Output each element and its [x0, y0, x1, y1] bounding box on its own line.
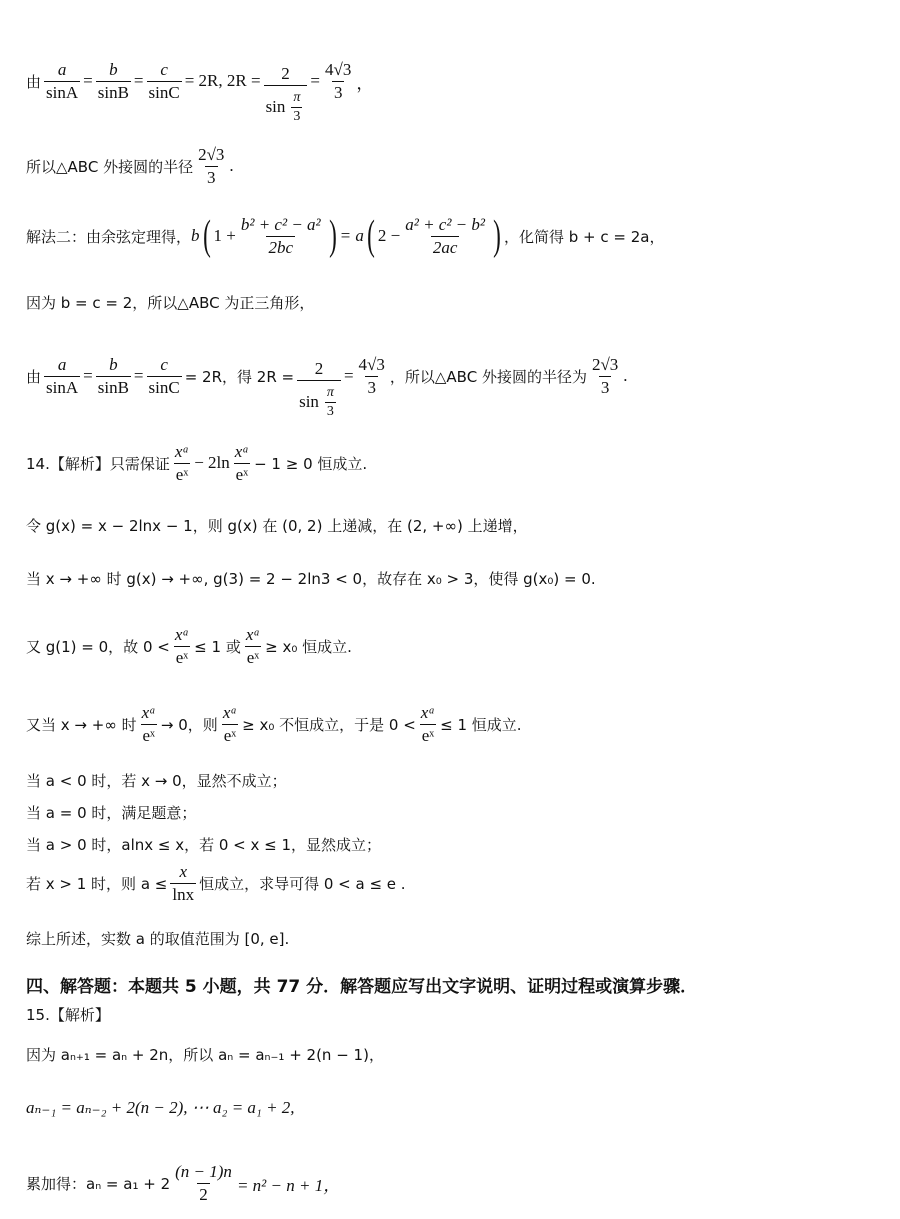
section-heading: 四、解答题：本题共 5 小题，共 77 分．解答题应写出文字说明、证明过程或演算… [26, 972, 697, 997]
var-b: b [191, 226, 200, 246]
denominator: eˣ [174, 646, 190, 668]
fraction-cos-b: a² + c² − b²2ac [403, 215, 487, 257]
fraction-pi-3: π3 [325, 385, 336, 420]
fraction-a-sinA: asinA [44, 355, 80, 397]
denominator: 3 [291, 107, 302, 125]
numerator: x [177, 862, 189, 883]
text: 当 a < 0 时，若 x → 0，显然不成立； [26, 770, 287, 791]
g1-line: 又 g(1) = 0，故 0 < xᵃeˣ ≤ 1 或 xᵃeˣ ≥ x₀ 恒成… [26, 625, 352, 667]
numerator: b [107, 355, 120, 376]
denominator: sinA [44, 81, 80, 103]
sin-text: sin [299, 392, 319, 412]
text: → 0，则 [161, 714, 218, 735]
text: ≤ 1 或 [194, 636, 241, 657]
text: 所以△ABC 外接圆的半径 [26, 156, 193, 177]
text: 综上所述，实数 a 的取值范围为 [0, e]. [26, 928, 289, 949]
fraction-sum: (n − 1)n2 [173, 1162, 234, 1204]
fraction-xa-ex: xᵃeˣ [244, 625, 262, 667]
text: 若 x > 1 时，则 a ≤ [26, 873, 167, 894]
numerator: xᵃ [173, 625, 191, 646]
denominator: eˣ [234, 463, 250, 485]
numerator: π [291, 90, 302, 107]
denominator: sin π3 [297, 380, 341, 420]
numerator: b [107, 60, 120, 81]
fraction-c-sinC: csinC [147, 60, 182, 102]
text: ，所以△ABC 外接圆的半径为 [390, 366, 587, 387]
fraction-radius: 2√33 [590, 355, 620, 397]
text: = 2R，得 2R = [185, 366, 294, 387]
numerator: a² + c² − b² [403, 215, 487, 236]
numerator: b² + c² − a² [239, 215, 323, 236]
fraction-xa-ex: xᵃeˣ [233, 442, 251, 484]
punctuation: . [623, 366, 627, 386]
text: 当 a = 0 时，满足题意； [26, 802, 196, 823]
numerator: c [158, 60, 170, 81]
numerator: a [56, 355, 69, 376]
denominator: lnx [170, 883, 196, 905]
denominator: sinB [96, 376, 131, 398]
heading-text: 四、解答题：本题共 5 小题，共 77 分．解答题应写出文字说明、证明过程或演算… [26, 972, 697, 997]
fraction-xa-ex: xᵃeˣ [173, 625, 191, 667]
numerator: a [56, 60, 69, 81]
denominator: 3 [332, 81, 345, 103]
fraction-result: 4√33 [357, 355, 387, 397]
numerator: xᵃ [233, 442, 251, 463]
fraction-b-sinB: bsinB [96, 60, 131, 102]
denominator: 2 [197, 1183, 210, 1205]
fraction-cos-a: b² + c² − a²2bc [239, 215, 323, 257]
numerator: 4√3 [323, 60, 353, 81]
text: 当 a > 0 时，alnx ≤ x，若 0 < x ≤ 1，显然成立； [26, 834, 381, 855]
denominator: sinA [44, 376, 80, 398]
punctuation: ， [356, 69, 373, 94]
text: 令 g(x) = x − 2lnx − 1，则 g(x) 在 (0, 2) 上递… [26, 515, 528, 536]
equilateral-line: 因为 b = c = 2，所以△ABC 为正三角形， [26, 292, 314, 313]
fraction-c-sinC: csinC [147, 355, 182, 397]
limit-g-line: 当 x → +∞ 时 g(x) → +∞, g(3) = 2 − 2ln3 < … [26, 568, 596, 589]
radius-conclusion-line: 所以△ABC 外接圆的半径 2√33 . [26, 145, 234, 187]
fraction-xa-ex: xᵃeˣ [140, 703, 158, 745]
sum-result-line: 累加得：aₙ = a₁ + 2 (n − 1)n2 = n² − n + 1， [26, 1162, 340, 1204]
paren-close: ) [329, 215, 337, 257]
fraction-xa-ex: xᵃeˣ [419, 703, 437, 745]
text: = n² − n + 1， [237, 1171, 340, 1196]
denominator: eˣ [222, 724, 238, 746]
numerator: π [325, 385, 336, 402]
limit-fraction-line: 又当 x → +∞ 时 xᵃeˣ → 0，则 xᵃeˣ ≥ x₀ 不恒成立，于是… [26, 703, 522, 745]
fraction-b-sinB: bsinB [96, 355, 131, 397]
denominator: eˣ [245, 646, 261, 668]
define-g-line: 令 g(x) = x − 2lnx − 1，则 g(x) 在 (0, 2) 上递… [26, 515, 528, 536]
law-of-sines-line-1: 由 asinA= bsinB= csinC = 2R, 2R = 2 sin π… [26, 38, 373, 125]
fraction-result: 4√33 [323, 60, 353, 102]
paren-open: ( [367, 215, 375, 257]
sin-text: sin [266, 97, 286, 117]
denominator: 3 [599, 376, 612, 398]
denominator: 3 [325, 402, 336, 420]
numerator: c [158, 355, 170, 376]
denominator: eˣ [174, 463, 190, 485]
text: − 2ln [194, 453, 230, 473]
equation-text: = 2R, 2R = [185, 71, 261, 91]
method-two-line: 解法二：由余弦定理得， b ( 1 + b² + c² − a²2bc ) = … [26, 215, 664, 257]
paren-open: ( [203, 215, 211, 257]
summary-line: 综上所述，实数 a 的取值范围为 [0, e]. [26, 928, 289, 949]
fraction-xa-ex: xᵃeˣ [173, 442, 191, 484]
fraction-xa-ex: xᵃeˣ [221, 703, 239, 745]
case-x-greater-1: 若 x > 1 时，则 a ≤ xlnx 恒成立，求导可得 0 < a ≤ e … [26, 862, 406, 904]
numerator: 4√3 [357, 355, 387, 376]
denominator: sin π3 [264, 85, 308, 125]
recurrence-chain-line: aₙ₋₁ = aₙ₋₂ + 2(n − 2), ⋯ a₂ = a₁ + 2, [26, 1098, 295, 1118]
denominator: 2ac [431, 236, 460, 258]
numerator: xᵃ [221, 703, 239, 724]
case-a-zero: 当 a = 0 时，满足题意； [26, 802, 196, 823]
text: 15.【解析】 [26, 1004, 110, 1025]
denominator: eˣ [141, 724, 157, 746]
text: 又当 x → +∞ 时 [26, 714, 137, 735]
text: 解法二：由余弦定理得， [26, 226, 191, 247]
numerator: 2 [279, 64, 292, 85]
denominator: 2bc [266, 236, 295, 258]
denominator: sinB [96, 81, 131, 103]
fraction-2-sin-pi-3: 2 sin π3 [264, 64, 308, 125]
punctuation: . [229, 156, 233, 176]
recurrence-line: 因为 aₙ₊₁ = aₙ + 2n，所以 aₙ = aₙ₋₁ + 2(n − 1… [26, 1044, 384, 1065]
numerator: xᵃ [244, 625, 262, 646]
denominator: sinC [147, 81, 182, 103]
text: 由 [26, 366, 41, 387]
fraction-2-sin-pi-3: 2 sin π3 [297, 359, 341, 420]
numerator: 2 [313, 359, 326, 380]
text: ≥ x₀ 不恒成立，于是 0 < [242, 714, 416, 735]
case-a-negative: 当 a < 0 时，若 x → 0，显然不成立； [26, 770, 287, 791]
numerator: 2√3 [590, 355, 620, 376]
case-a-positive: 当 a > 0 时，alnx ≤ x，若 0 < x ≤ 1，显然成立； [26, 834, 381, 855]
fraction-pi-3: π3 [291, 90, 302, 125]
text: 又 g(1) = 0，故 0 < [26, 636, 170, 657]
fraction-radius: 2√33 [196, 145, 226, 187]
text: = a [340, 226, 364, 246]
text: 当 x → +∞ 时 g(x) → +∞, g(3) = 2 − 2ln3 < … [26, 568, 596, 589]
text: 1 + [214, 226, 236, 246]
problem-14-header: 14.【解析】只需保证 xᵃeˣ − 2ln xᵃeˣ − 1 ≥ 0 恒成立. [26, 442, 367, 484]
numerator: xᵃ [173, 442, 191, 463]
text: 累加得：aₙ = a₁ + 2 [26, 1173, 170, 1194]
law-of-sines-line-2: 由 asinA= bsinB= csinC = 2R，得 2R = 2 sin … [26, 333, 628, 420]
paren-close: ) [493, 215, 501, 257]
text: 因为 aₙ₊₁ = aₙ + 2n，所以 aₙ = aₙ₋₁ + 2(n − 1… [26, 1044, 384, 1065]
text: 由 [26, 71, 41, 92]
numerator: xᵃ [419, 703, 437, 724]
denominator: eˣ [420, 724, 436, 746]
text: ≤ 1 恒成立. [440, 714, 521, 735]
text: 恒成立，求导可得 0 < a ≤ e . [199, 873, 405, 894]
text: ≥ x₀ 恒成立. [265, 636, 352, 657]
text: ，化简得 b + c = 2a， [504, 226, 664, 247]
numerator: xᵃ [140, 703, 158, 724]
numerator: 2√3 [196, 145, 226, 166]
text: 2 − [378, 226, 400, 246]
text: 14.【解析】只需保证 [26, 453, 170, 474]
denominator: 3 [205, 166, 218, 188]
text: aₙ₋₁ = aₙ₋₂ + 2(n − 2), ⋯ a₂ = a₁ + 2, [26, 1098, 295, 1118]
problem-15-header: 15.【解析】 [26, 1004, 110, 1025]
fraction-x-lnx: xlnx [170, 862, 196, 904]
denominator: 3 [365, 376, 378, 398]
text: − 1 ≥ 0 恒成立. [254, 453, 367, 474]
fraction-a-sinA: asinA [44, 60, 80, 102]
numerator: (n − 1)n [173, 1162, 234, 1183]
denominator: sinC [147, 376, 182, 398]
text: 因为 b = c = 2，所以△ABC 为正三角形， [26, 292, 314, 313]
